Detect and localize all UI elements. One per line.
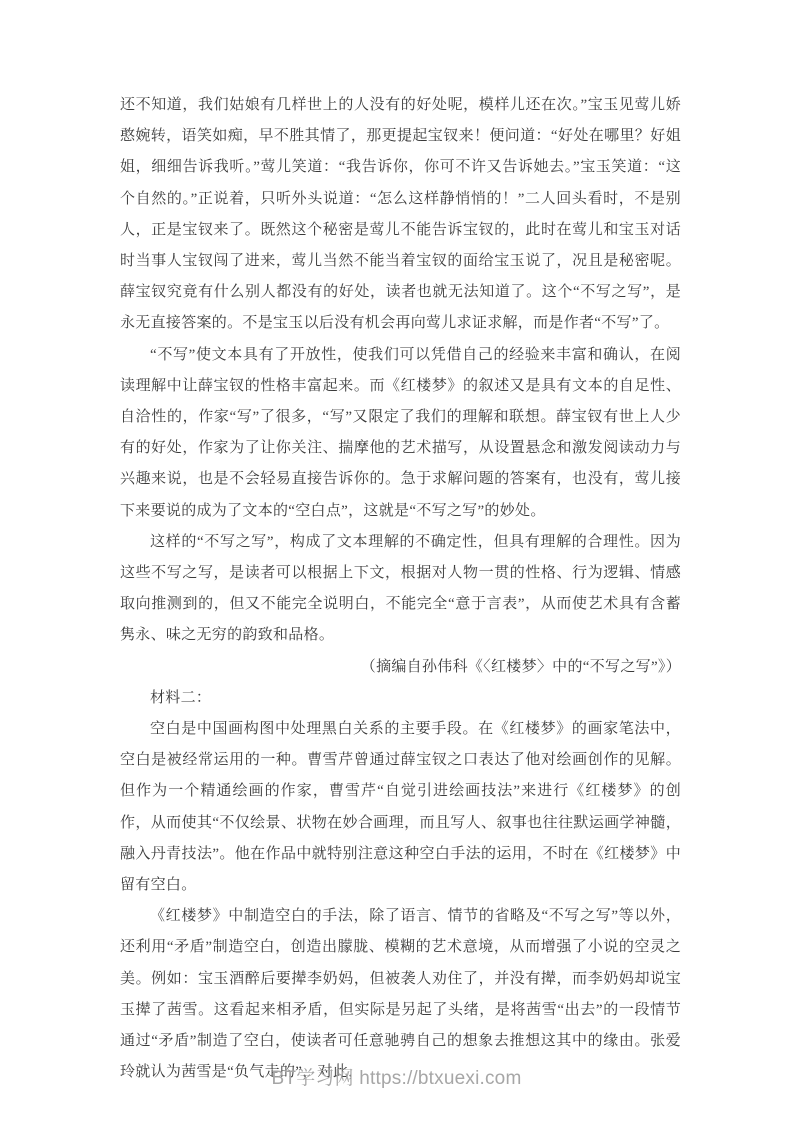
material-two-paragraph: 空白是中国画构图中处理黑白关系的主要手段。在《红楼梦》的画家笔法中，空白是被经常… <box>120 714 681 901</box>
material-two-paragraph: 《红楼梦》中制造空白的手法，除了语言、情节的省略及“不写之写”等以外，还利用“矛… <box>120 901 681 1088</box>
material-two-heading: 材料二： <box>120 683 681 714</box>
material-one-paragraph-continuation: 还不知道，我们姑娘有几样世上的人没有的好处呢，模样儿还在次。”宝玉见莺儿娇憨婉转… <box>120 90 681 340</box>
document-page: 还不知道，我们姑娘有几样世上的人没有的好处呢，模样儿还在次。”宝玉见莺儿娇憨婉转… <box>0 0 793 1122</box>
reading-passage: 还不知道，我们姑娘有几样世上的人没有的好处呢，模样儿还在次。”宝玉见莺儿娇憨婉转… <box>120 90 681 1089</box>
source-attribution: （摘编自孙伟科《〈红楼梦〉中的“不写之写”》） <box>120 652 681 683</box>
material-one-paragraph: 这样的“不写之写”，构成了文本理解的不确定性，但具有理解的合理性。因为这些不写之… <box>120 527 681 652</box>
material-one-paragraph: “不写”使文本具有了开放性，使我们可以凭借自己的经验来丰富和确认，在阅读理解中让… <box>120 340 681 527</box>
site-watermark: BT学习网 https://btxuexi.com <box>0 1063 793 1090</box>
